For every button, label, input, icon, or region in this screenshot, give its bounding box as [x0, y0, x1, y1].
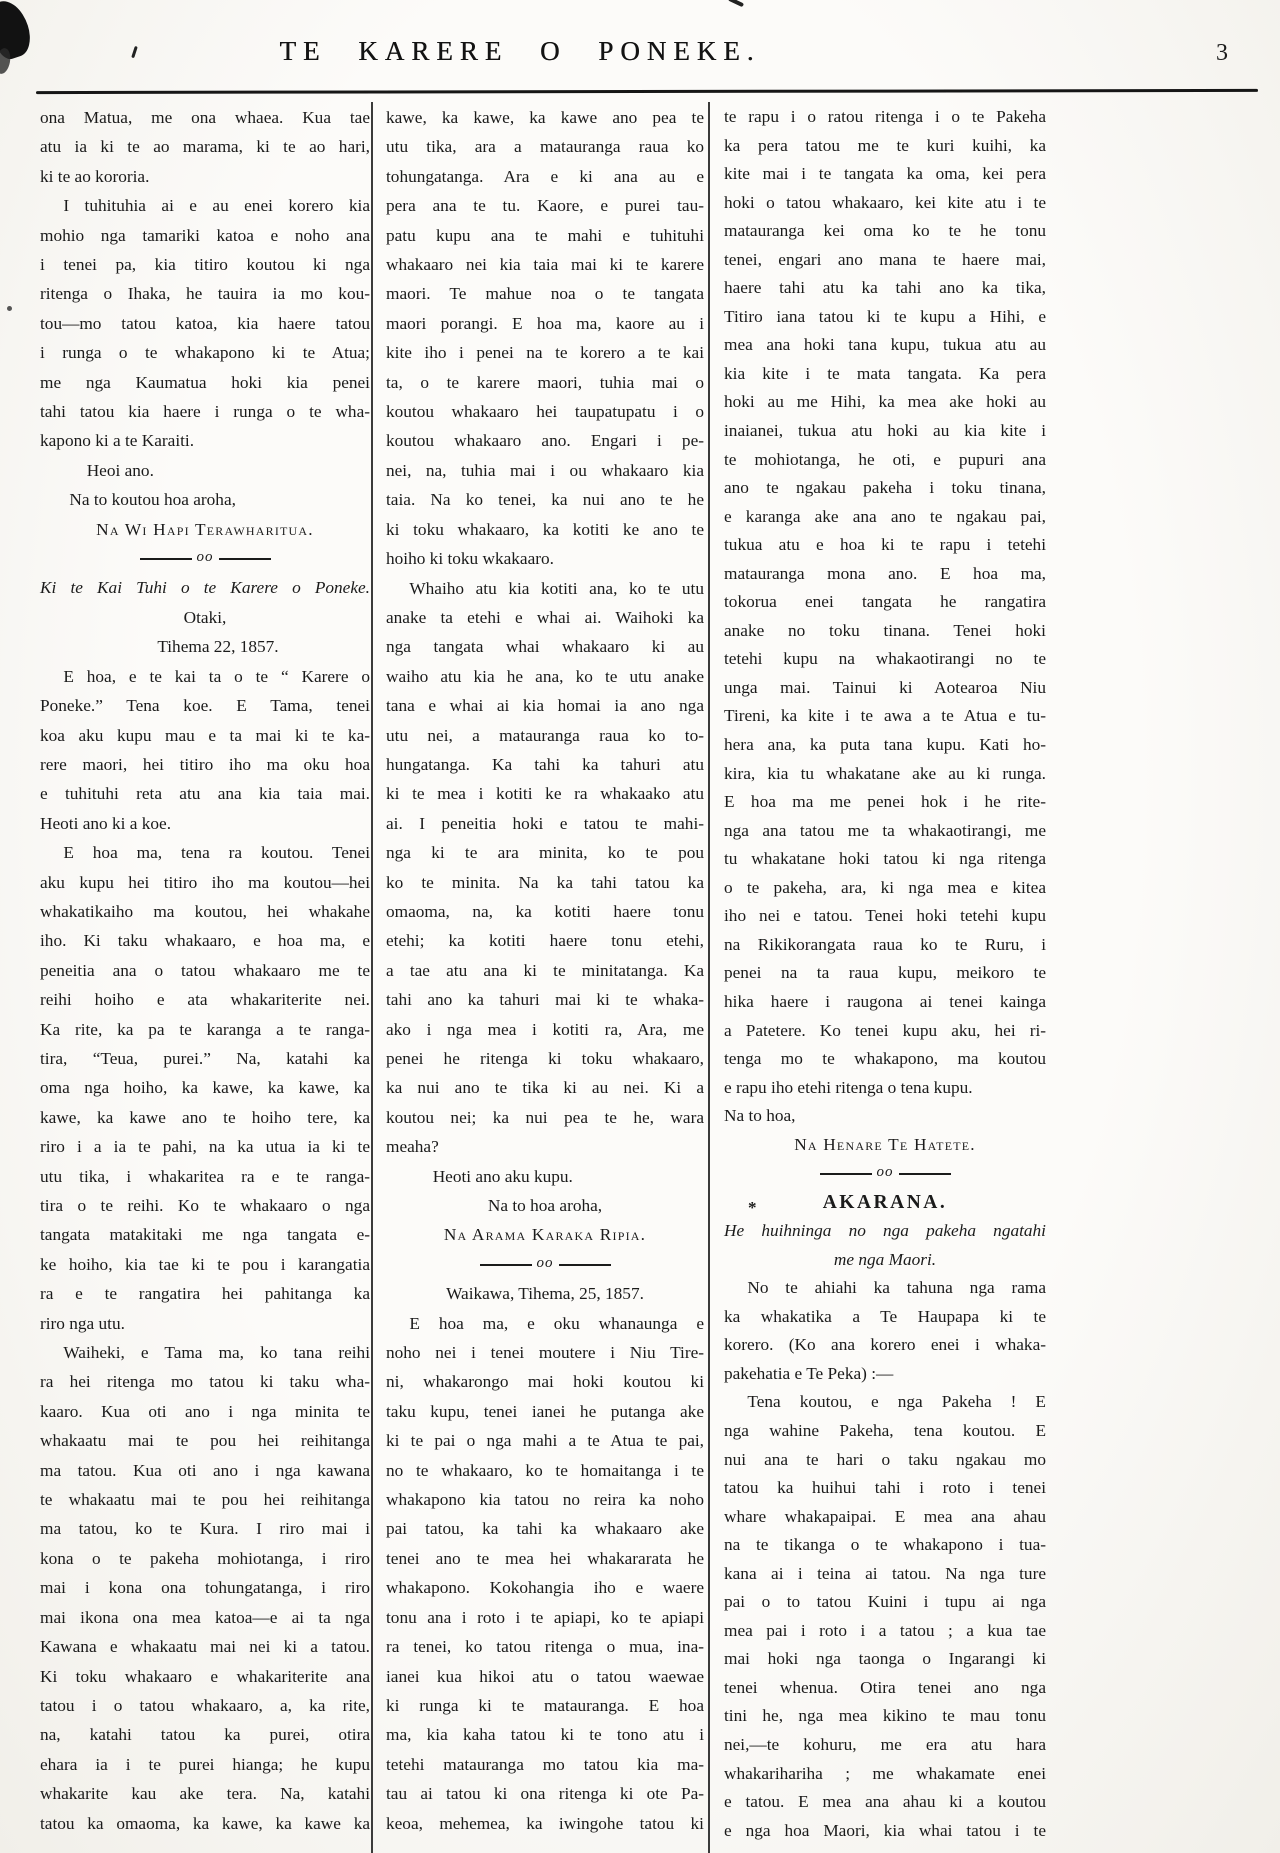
signature-name: Na Arama Karaka Ripia. — [386, 1220, 704, 1249]
text-line: tenei whenua. Otira tenei ano nga — [724, 1674, 1046, 1703]
text-line: Na Wi Hapi Terawharitua. — [40, 515, 370, 544]
text-line: hera ana, ka puta tana kupu. Kati ho- — [724, 731, 1046, 760]
text-line: ra e te rangatira hei pahitanga ka — [40, 1279, 370, 1308]
separator-label: oo — [537, 1256, 554, 1271]
text-line: ki te mea i kotiti ke ra whakaako atu — [386, 779, 704, 808]
text-line: anake ta etehi e whai ai. Waihoki ka — [386, 603, 704, 632]
text-line: E hoa ma, e oku whanaunga e — [386, 1309, 704, 1338]
separator-label: oo — [877, 1165, 894, 1180]
text-line: iho nei e tatou. Tenei hoki tetehi kupu — [724, 902, 1046, 931]
scan-artifact-speck — [7, 306, 12, 311]
text-line: ta, o te karere maori, tuhia mai o — [386, 368, 704, 397]
text-line: nga wahine Pakeha, tena koutou. E — [724, 1417, 1046, 1446]
text-line: kana ai i teina ai tatou. Na nga ture — [724, 1560, 1046, 1589]
text-line: no te whakaaro, ko te homaitanga i te — [386, 1456, 704, 1485]
text-line: patu kupu ana te mahi e tuhituhi — [386, 221, 704, 250]
text-line: a Patetere. Ko tenei kupu aku, hei ri- — [724, 1017, 1046, 1046]
text-line: tira, “Teua, purei.” Na, katahi ka — [40, 1044, 370, 1073]
text-line: keoa, mehemea, ka iwingohe tatou ki — [386, 1809, 704, 1838]
text-line: me nga Maori. — [724, 1246, 1046, 1275]
text-line: Whaiho atu kia kotiti ana, ko te utu — [386, 574, 704, 603]
text-line: nga ki te ara minita, ko te pou — [386, 838, 704, 867]
text-line: kona o te pakeha mohiotanga, i riro — [40, 1544, 370, 1573]
separator-dash — [820, 1173, 872, 1175]
text-line: rere maori, hei titiro iho ma oku hoa — [40, 750, 370, 779]
paragraph: E hoa ma, tena ra koutou. Teneiaku kupu … — [40, 838, 370, 1338]
text-line: nga ana tatou me ta whakaotirangi, me — [724, 817, 1046, 846]
text-line: koutou whakaaro hei taupatupatu i o — [386, 397, 704, 426]
text-line: mea pai i roto i a tatou ; a kua tae — [724, 1617, 1046, 1646]
text-line: whakaaro nei kia taia mai ki te karere — [386, 250, 704, 279]
text-line: ano te ngakau pakeha i toku tinana, — [724, 474, 1046, 503]
text-line: haere tahi atu ka tahi ano ka tika, — [724, 274, 1046, 303]
text-line: maori porangi. E hoa ma, kaore au i — [386, 309, 704, 338]
text-line: AKARANA. — [724, 1189, 1046, 1218]
text-line: anake no toku tinana. Tenei hoki — [724, 617, 1046, 646]
text-line: ma tatou, ko te Kura. I riro mai i — [40, 1514, 370, 1543]
text-line: kia kite i te mata tangata. Ka pera — [724, 360, 1046, 389]
text-line: whakapono kia tatou no reira ka noho — [386, 1485, 704, 1514]
text-line: tatou ka omaoma, ka kawe, ka kawe ka — [40, 1809, 370, 1838]
text-line: e nga hoa Maori, kia whai tatou i te — [724, 1817, 1046, 1846]
paragraph: No te ahiahi ka tahuna nga ramaka whakat… — [724, 1274, 1046, 1388]
paragraph: Tena koutou, e nga Pakeha ! Enga wahine … — [724, 1388, 1046, 1845]
text-line: koa aku kupu mau e ta mai ki te ka- — [40, 721, 370, 750]
text-line: taku kupu, tenei ianei he putanga ake — [386, 1397, 704, 1426]
text-line: whare whakapaipai. E mea ana ahau — [724, 1503, 1046, 1532]
text-line: utu tika, i whakaritea ra e te ranga- — [40, 1162, 370, 1191]
text-line: ni, whakarongo mai hoki koutou ki — [386, 1367, 704, 1396]
text-line: Na to hoa aroha, — [386, 1191, 704, 1220]
section-subtitle: He huihninga no nga pakeha ngatahi — [724, 1217, 1046, 1246]
text-line: te mohiotanga, he oti, e pupuri ana — [724, 446, 1046, 475]
text-line: a tae atu ana ki te minitatanga. Ka — [386, 956, 704, 985]
text-line: tau ai tatou ki ona ritenga ki ote Pa- — [386, 1779, 704, 1808]
text-line: utu tika, ara a matauranga raua ko — [386, 132, 704, 161]
text-line: Ki toku whakaaro e whakariterite ana — [40, 1662, 370, 1691]
text-line: mea ana hoki tana kupu, tukua atu au — [724, 331, 1046, 360]
text-line: etehi; ka kotiti haere tonu etehi, — [386, 926, 704, 955]
text-line: o te pakeha, ara, ki nga mea e kitea — [724, 874, 1046, 903]
text-line: Waikawa, Tihema, 25, 1857. — [386, 1279, 704, 1308]
text-line: na Rikikorangata raua ko te Ruru, i — [724, 931, 1046, 960]
letter-heading: Ki te Kai Tuhi o te Karere o Poneke. — [40, 573, 370, 602]
text-line: Heoi ano. — [40, 456, 370, 485]
closing-line: Na to hoa, — [724, 1102, 1046, 1131]
text-line: utu nei, a matauranga raua ko to- — [386, 721, 704, 750]
separator-dash — [559, 1264, 611, 1266]
paragraph: E hoa, e te kai ta o te “ Karere oPoneke… — [40, 662, 370, 838]
text-line: kapono ki a te Karaiti. — [40, 426, 370, 455]
text-line: tokorua enei tangata he rangatira — [724, 588, 1046, 617]
text-line: ra hei ritenga mo tatou ki taku wha- — [40, 1367, 370, 1396]
text-line: No te ahiahi ka tahuna nga rama — [724, 1274, 1046, 1303]
section-subtitle: me nga Maori. — [724, 1246, 1046, 1275]
text-line: nga tangata whai whakaaro ki au — [386, 632, 704, 661]
text-line: riro nga utu. — [40, 1309, 370, 1338]
text-line: mai hoki nga taonga o Ingarangi ki — [724, 1645, 1046, 1674]
text-line: nei,—te kohuru, me era atu hara — [724, 1731, 1046, 1760]
text-line: taia. Na ko tenei, ka nui ano te he — [386, 485, 704, 514]
signature-name: Na Henare Te Hatete. — [724, 1131, 1046, 1160]
text-line: hoki o tatou whakaaro, kei kite atu i te — [724, 189, 1046, 218]
text-line: koutou whakaaro ano. Engari i pe- — [386, 426, 704, 455]
text-line: ki te pai o nga mahi a te Atua te pai, — [386, 1426, 704, 1455]
text-line: tonu ana i roto i te apiapi, ko te apiap… — [386, 1603, 704, 1632]
section-separator: oo — [40, 544, 370, 573]
text-line: hoiho ki toku wkakaaro. — [386, 544, 704, 573]
text-line: aku kupu hei titiro iho ma koutou—hei — [40, 868, 370, 897]
text-line: ma, kia kaha tatou ki te tono atu i — [386, 1720, 704, 1749]
text-line: whakapono. Kokohangia iho e waere — [386, 1573, 704, 1602]
text-line: na te tikanga o te whakapono i tua- — [724, 1531, 1046, 1560]
text-line: atu ia ki te ao marama, ki te ao hari, — [40, 132, 370, 161]
date-line: Tihema 22, 1857. — [40, 632, 370, 661]
text-line: nei, na, tuhia mai i ou whakaaro kia — [386, 456, 704, 485]
newspaper-column-1: ona Matua, me ona whaea. Kua taeatu ia k… — [40, 103, 370, 1845]
separator-dash — [480, 1264, 532, 1266]
separator-dash — [219, 558, 271, 560]
text-line: matauranga kei oma ko te he tonu — [724, 217, 1046, 246]
signature-name: Na Wi Hapi Terawharitua. — [40, 515, 370, 544]
text-line: ki te ao kororia. — [40, 162, 370, 191]
paragraph: ona Matua, me ona whaea. Kua taeatu ia k… — [40, 103, 370, 191]
text-line: maori. Te mahue noa o te tangata — [386, 279, 704, 308]
text-line: oma nga hoiho, ka kawe, ka kawe, ka — [40, 1073, 370, 1102]
text-line: i runga o te whakapono ki te Atua; — [40, 338, 370, 367]
text-line: te whakaatu mai te pou hei reihitanga — [40, 1485, 370, 1514]
text-line: Otaki, — [40, 603, 370, 632]
text-line: ko te minita. Na ka tahi tatou ka — [386, 868, 704, 897]
text-line: Na Henare Te Hatete. — [724, 1131, 1046, 1160]
text-line: ai. I peneitia hoki e tatou te mahi- — [386, 809, 704, 838]
text-line: mai i kona ona tohungatanga, i riro — [40, 1573, 370, 1602]
text-line: kaaro. Kua oti ano i nga minita te — [40, 1397, 370, 1426]
paragraph: Whaiho atu kia kotiti ana, ko te utuanak… — [386, 574, 704, 1162]
newspaper-column-3: te rapu i o ratou ritenga i o te Pakehak… — [724, 103, 1046, 1845]
text-line: Poneke.” Tena koe. E Tama, tenei — [40, 691, 370, 720]
text-line: ka pera tatou me te kuri kuihi, ka — [724, 132, 1046, 161]
text-line: nui ana te hari o taku ngakau mo — [724, 1446, 1046, 1475]
text-line: E hoa, e te kai ta o te “ Karere o — [40, 662, 370, 691]
text-line: unga mai. Tainui ki Aotearoa Niu — [724, 674, 1046, 703]
text-line: mohio nga tamariki katoa e noho ana — [40, 221, 370, 250]
text-line: hungatanga. Ka tahi ka tahuri atu — [386, 750, 704, 779]
text-line: i tenei pa, kia titiro koutou ki nga — [40, 250, 370, 279]
closing-line: Heoi ano. — [40, 456, 370, 485]
section-heading: AKARANA.* — [724, 1189, 1046, 1218]
section-separator: oo — [386, 1250, 704, 1279]
text-line: peneitia ana o tatou whakaaro me te — [40, 956, 370, 985]
text-line: He huihninga no nga pakeha ngatahi — [724, 1217, 1046, 1246]
text-line: hika haere i raugona ai tenei kainga — [724, 988, 1046, 1017]
page-number: 3 — [1216, 40, 1228, 67]
text-line: ke hoiho, kia tae ki te pou i karangatia — [40, 1250, 370, 1279]
text-line: ona Matua, me ona whaea. Kua tae — [40, 103, 370, 132]
separator-dash — [140, 558, 192, 560]
paragraph: I tuhituhia ai e au enei korero kiamohio… — [40, 191, 370, 456]
signature-line: Na to koutou hoa aroha, — [40, 485, 370, 514]
paragraph: Waiheki, e Tama ma, ko tana reihira hei … — [40, 1338, 370, 1838]
text-line: ka whakatika a Te Haupapa ki te — [724, 1303, 1046, 1332]
text-line: ki toku whakaaro, ka kotiti ke ano te — [386, 515, 704, 544]
text-line: Heoti ano ki a koe. — [40, 809, 370, 838]
place-line: Otaki, — [40, 603, 370, 632]
text-line: tetehi matauranga mo tatou kia ma- — [386, 1750, 704, 1779]
text-line: tana e whai ai kia homai ia ano nga — [386, 691, 704, 720]
text-line: tahi tatou kia haere i runga o te wha- — [40, 397, 370, 426]
text-line: I tuhituhia ai e au enei korero kia — [40, 191, 370, 220]
text-line: pera ana te tu. Kaore, e purei tau- — [386, 191, 704, 220]
text-line: tangata matakitaki me nga tangata e- — [40, 1220, 370, 1249]
text-line: tukua atu e hoa ki te rapu i tetehi — [724, 531, 1046, 560]
text-line: inaianei, tukua atu hoki au kia kite i — [724, 417, 1046, 446]
text-line: kite iho i penei na te korero a te kai — [386, 338, 704, 367]
text-line: na, katahi tatou ka purei, otira — [40, 1720, 370, 1749]
text-line: mai ikona ona mea katoa—e ai ta nga — [40, 1603, 370, 1632]
text-line: tira o te reihi. Ko te whakaaro o nga — [40, 1191, 370, 1220]
text-line: korero. (Ko ana korero enei i whaka- — [724, 1331, 1046, 1360]
text-line: e karanga ake ana ano te ngakau pai, — [724, 503, 1046, 532]
article-columns: ona Matua, me ona whaea. Kua taeatu ia k… — [40, 103, 1046, 1845]
text-line: riro i a ia te pahi, na ka utua ia ki te — [40, 1132, 370, 1161]
section-separator: oo — [724, 1159, 1046, 1188]
text-line: Kawana e whakaatu mai nei ki a tatou. — [40, 1632, 370, 1661]
text-line: tatou i o tatou whakaaro, a, ka rite, — [40, 1691, 370, 1720]
signature-line: Na to hoa aroha, — [386, 1191, 704, 1220]
closing-line: Heoti ano aku kupu. — [386, 1162, 704, 1191]
text-line: kawe, ka kawe, ka kawe ano pea te — [386, 103, 704, 132]
paragraph: E hoa ma, e oku whanaunga enoho nei i te… — [386, 1309, 704, 1838]
text-line: ritenga o Ihaka, he tauira ia mo kou- — [40, 279, 370, 308]
text-line: Ki te Kai Tuhi o te Karere o Poneke. — [40, 573, 370, 602]
text-line: E hoa ma, tena ra koutou. Tenei — [40, 838, 370, 867]
text-line: ma tatou. Kua oti ano i nga kawana — [40, 1456, 370, 1485]
text-line: iho. Ki taku whakaaro, e hoa ma, e — [40, 926, 370, 955]
text-line: tahi ano ka tahuri mai ki te whaka- — [386, 985, 704, 1014]
text-line: Na to hoa, — [724, 1102, 1046, 1131]
paragraph: kawe, ka kawe, ka kawe ano pea teutu tik… — [386, 103, 704, 574]
text-line: ki runga ki te matauranga. E hoa — [386, 1691, 704, 1720]
text-line: e tatou. E mea ana ahau ki a koutou — [724, 1788, 1046, 1817]
text-line: whakatikaiho ma koutou, hei whakahe — [40, 897, 370, 926]
text-line: penei he ritenga ki toku whakaaro, — [386, 1044, 704, 1073]
text-line: Ka rite, ka pa te karanga a te ranga- — [40, 1015, 370, 1044]
scan-artifact-mark — [728, 0, 744, 7]
text-line: Tena koutou, e nga Pakeha ! E — [724, 1388, 1046, 1417]
text-line: tetehi kupu na whakaotirangi no te — [724, 645, 1046, 674]
text-line: kite mai i te tangata ka oma, kei pera — [724, 160, 1046, 189]
text-line: Heoti ano aku kupu. — [386, 1162, 704, 1191]
text-line: tini he, nga mea kikino te mau tonu — [724, 1702, 1046, 1731]
text-line: whakarite kau ake tera. Na, katahi — [40, 1779, 370, 1808]
text-line: whakarihariha ; me whakamate enei — [724, 1760, 1046, 1789]
text-line: te rapu i o ratou ritenga i o te Pakeha — [724, 103, 1046, 132]
separator-dash — [899, 1173, 951, 1175]
text-line: kawe, ka kawe ano te hoiho tere, ka — [40, 1103, 370, 1132]
text-line: Waiheki, e Tama ma, ko tana reihi — [40, 1338, 370, 1367]
text-line: Na to koutou hoa aroha, — [40, 485, 370, 514]
text-line: reihi hoiho e ata whakariterite nei. — [40, 985, 370, 1014]
text-line: kira, kia tu whakatane ake au ki runga. — [724, 760, 1046, 789]
text-line: waiho atu kia he ana, ko te utu anake — [386, 662, 704, 691]
text-line: E hoa ma me penei hok i he rite- — [724, 788, 1046, 817]
newspaper-column-2: kawe, ka kawe, ka kawe ano pea teutu tik… — [386, 103, 704, 1845]
text-line: tu whakatane hoki tatou ki nga ritenga — [724, 845, 1046, 874]
text-line: e tuhituhi reta atu ana kia taia mai. — [40, 779, 370, 808]
text-line: pai o to tatou Kuini i tupu ai nga — [724, 1588, 1046, 1617]
newspaper-page: TE KARERE O PONEKE. 3 ona Matua, me ona … — [0, 0, 1280, 1853]
text-line: ako i nga mea i kotiti ra, Ara, me — [386, 1015, 704, 1044]
text-line: ra tenei, ko tatou ritenga o mua, ina- — [386, 1632, 704, 1661]
text-line: tou—mo tatou katoa, kia haere tatou — [40, 309, 370, 338]
text-line: koutou nei; ka nui pea te he, wara — [386, 1103, 704, 1132]
date-line: Waikawa, Tihema, 25, 1857. — [386, 1279, 704, 1308]
text-line: whakaatu mai te pou hei reihitanga — [40, 1426, 370, 1455]
text-line: meaha? — [386, 1132, 704, 1161]
masthead-rule — [36, 89, 1258, 94]
text-line: ka nui ano te tika ki au nei. Ki a — [386, 1073, 704, 1102]
text-line: tatou ka huihui tahi i roto i tenei — [724, 1474, 1046, 1503]
text-line: Titiro iana tatou ki te kupu a Hihi, e — [724, 303, 1046, 332]
text-line: pakehatia e Te Peka) :— — [724, 1360, 1046, 1389]
text-line: Na Arama Karaka Ripia. — [386, 1220, 704, 1249]
text-line: penei na ta raua kupu, meikoro te — [724, 959, 1046, 988]
masthead-title: TE KARERE O PONEKE. — [0, 36, 1040, 67]
text-line: omaoma, na, ka kotiti haere tonu — [386, 897, 704, 926]
text-line: me nga Kaumatua hoki kia penei — [40, 368, 370, 397]
paragraph: te rapu i o ratou ritenga i o te Pakehak… — [724, 103, 1046, 1102]
text-line: Tireni, ka kite i te awa a te Atua e tu- — [724, 702, 1046, 731]
text-line: noho nei i tenei moutere i Niu Tire- — [386, 1338, 704, 1367]
text-line: matauranga mona ano. E hoa ma, — [724, 560, 1046, 589]
text-line: tohungatanga. Ara e ki ana au e — [386, 162, 704, 191]
text-line: hoki au me Hihi, ka mea ake hoki au — [724, 388, 1046, 417]
text-line: tenei ano te mea hei whakararata he — [386, 1544, 704, 1573]
text-line: ehara ia i te purei hianga; he kupu — [40, 1750, 370, 1779]
text-line: e rapu iho etehi ritenga o tena kupu. — [724, 1074, 1046, 1103]
separator-label: oo — [197, 550, 214, 565]
text-line: pai tatou, ka tahi ka whakaaro ake — [386, 1514, 704, 1543]
text-line: Tihema 22, 1857. — [40, 632, 370, 661]
text-line: tenei, engari ano mana te haere mai, — [724, 246, 1046, 275]
star-mark-icon: * — [748, 1194, 757, 1223]
text-line: ianei kua hikoi atu o tatou waewae — [386, 1662, 704, 1691]
text-line: tenga mo te whakapono, ma koutou — [724, 1045, 1046, 1074]
